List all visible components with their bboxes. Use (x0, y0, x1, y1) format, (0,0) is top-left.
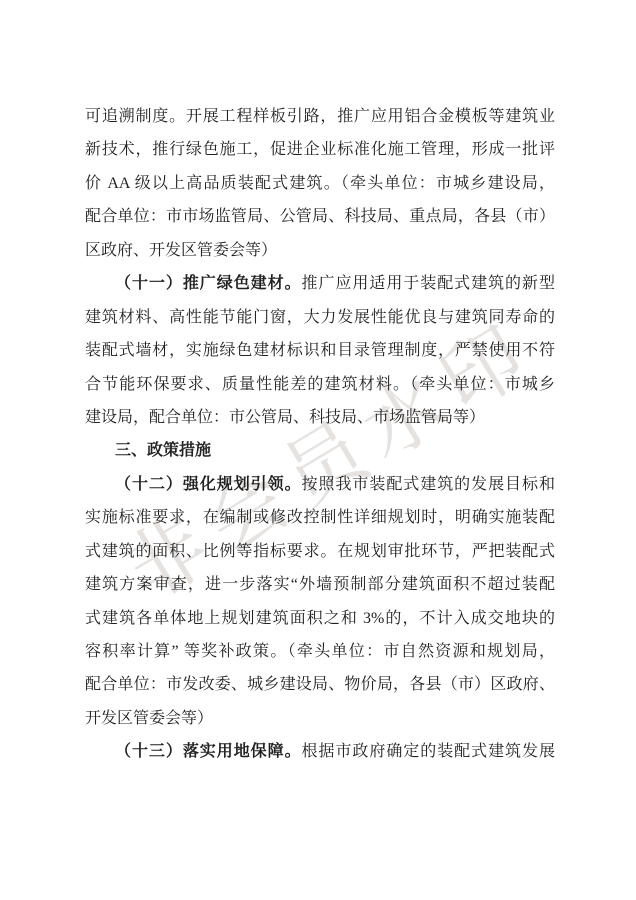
text-segment-bold: 三、政策措施 (115, 442, 211, 459)
text-segment: 新技术，推行绿色施工，促进企业标准化施工管理，形成一批评 (85, 141, 555, 158)
text-line: 式建筑各单体地上规划建筑面积之和 3%的，不计入成交地块的 (85, 602, 555, 635)
text-segment: 区政府、开发区管委会等） (85, 242, 277, 259)
document-body: 可追溯制度。开展工程样板引路，推广应用铝合金模板等建筑业新技术，推行绿色施工，促… (85, 100, 555, 769)
text-segment: 推广应用适用于装配式建筑的新型 (302, 275, 555, 292)
text-segment: 建筑材料、高性能节能门窗，大力发展性能优良与建筑同寿命的 (85, 309, 555, 326)
text-segment: 根据市政府确定的装配式建筑发展 (302, 743, 555, 760)
text-line: 式建筑的面积、比例等指标要求。在规划审批环节，严把装配式 (85, 535, 555, 568)
text-line: 配合单位：市市场监管局、公管局、科技局、重点局，各县（市） (85, 200, 555, 233)
text-segment: 配合单位：市发改委、城乡建设局、物价局，各县（市）区政府、 (85, 676, 555, 693)
text-line: 装配式墙材，实施绿色建材标识和目录管理制度，严禁使用不符 (85, 334, 555, 367)
text-line: （十三）落实用地保障。根据市政府确定的装配式建筑发展 (85, 735, 555, 768)
text-line: 容积率计算” 等奖补政策。（牵头单位：市自然资源和规划局， (85, 635, 555, 668)
text-line: 建筑材料、高性能节能门窗，大力发展性能优良与建筑同寿命的 (85, 301, 555, 334)
text-line: 实施标准要求，在编制或修改控制性详细规划时，明确实施装配 (85, 501, 555, 534)
text-line: （十二）强化规划引领。按照我市装配式建筑的发展目标和 (85, 468, 555, 501)
text-segment: 容积率计算” 等奖补政策。（牵头单位：市自然资源和规划局， (85, 643, 555, 660)
text-line: 新技术，推行绿色施工，促进企业标准化施工管理，形成一批评 (85, 133, 555, 166)
text-line: 可追溯制度。开展工程样板引路，推广应用铝合金模板等建筑业 (85, 100, 555, 133)
text-segment: 配合单位：市市场监管局、公管局、科技局、重点局，各县（市） (85, 208, 555, 225)
text-line: 区政府、开发区管委会等） (85, 234, 555, 267)
text-segment: 装配式墙材，实施绿色建材标识和目录管理制度，严禁使用不符 (85, 342, 555, 359)
text-line: 配合单位：市发改委、城乡建设局、物价局，各县（市）区政府、 (85, 668, 555, 701)
text-segment-bold: （十三）落实用地保障。 (115, 743, 302, 760)
text-line: 建设局，配合单位：市公管局、科技局、市场监管局等） (85, 401, 555, 434)
text-segment: 可追溯制度。开展工程样板引路，推广应用铝合金模板等建筑业 (85, 108, 555, 125)
document-page: 非会员水印 可追溯制度。开展工程样板引路，推广应用铝合金模板等建筑业新技术，推行… (0, 0, 636, 900)
text-segment: 价 AA 级以上高品质装配式建筑。（牵头单位：市城乡建设局， (85, 175, 555, 192)
text-segment: 建筑方案审查，进一步落实“外墙预制部分建筑面积不超过装配 (85, 576, 555, 593)
text-line: 价 AA 级以上高品质装配式建筑。（牵头单位：市城乡建设局， (85, 167, 555, 200)
text-segment: 按照我市装配式建筑的发展目标和 (302, 476, 555, 493)
text-line: 合节能环保要求、质量性能差的建筑材料。（牵头单位：市城乡 (85, 368, 555, 401)
text-segment-bold: （十二）强化规划引领。 (115, 476, 302, 493)
text-line: （十一）推广绿色建材。推广应用适用于装配式建筑的新型 (85, 267, 555, 300)
text-segment-bold: （十一）推广绿色建材。 (115, 275, 302, 292)
text-line: 建筑方案审查，进一步落实“外墙预制部分建筑面积不超过装配 (85, 568, 555, 601)
text-line: 三、政策措施 (85, 434, 555, 467)
text-segment: 实施标准要求，在编制或修改控制性详细规划时，明确实施装配 (85, 509, 555, 526)
text-segment: 合节能环保要求、质量性能差的建筑材料。（牵头单位：市城乡 (85, 376, 555, 393)
text-segment: 式建筑各单体地上规划建筑面积之和 3%的，不计入成交地块的 (85, 610, 555, 627)
text-segment: 式建筑的面积、比例等指标要求。在规划审批环节，严把装配式 (85, 543, 555, 560)
text-segment: 建设局，配合单位：市公管局、科技局、市场监管局等） (85, 409, 485, 426)
text-segment: 开发区管委会等） (85, 710, 213, 727)
text-line: 开发区管委会等） (85, 702, 555, 735)
